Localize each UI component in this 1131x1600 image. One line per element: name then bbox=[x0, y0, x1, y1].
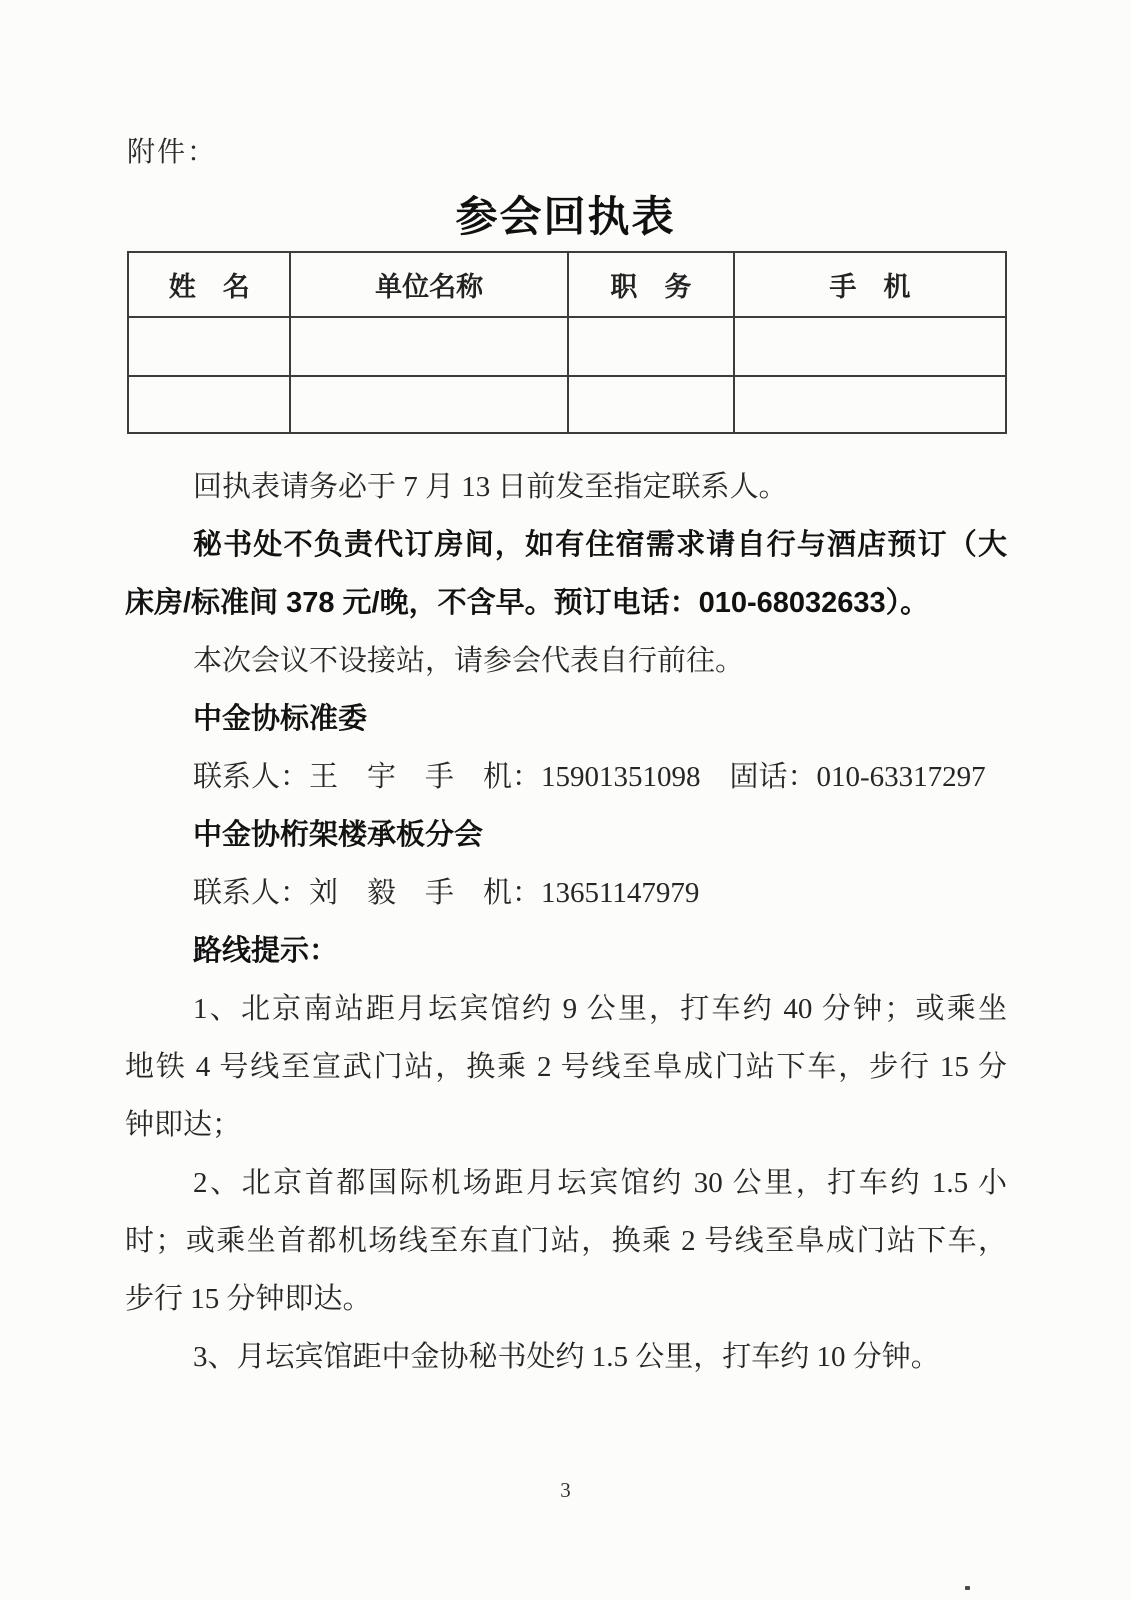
col-header-mobile: 手 机 bbox=[734, 252, 1006, 317]
scan-artifact-dot bbox=[965, 1586, 970, 1590]
route2-line-2: 时；或乘坐首都机场线至东直门站，换乘 2 号线至阜成门站下车， bbox=[125, 1212, 1007, 1270]
table-cell bbox=[290, 317, 567, 376]
table-cell bbox=[734, 376, 1006, 433]
route1-line-3: 钟即达； bbox=[125, 1096, 1007, 1154]
document-title: 参会回执表 bbox=[0, 184, 1131, 244]
document-page: 附件： 参会回执表 姓 名 单位名称 职 务 手 机 bbox=[0, 0, 1131, 1600]
org2-name: 中金协桁架楼承板分会 bbox=[125, 806, 1007, 864]
route-heading: 路线提示： bbox=[125, 922, 1007, 980]
table-cell bbox=[734, 317, 1006, 376]
table-cell bbox=[128, 376, 290, 433]
route2-line-1: 2、北京首都国际机场距月坛宾馆约 30 公里，打车约 1.5 小 bbox=[125, 1154, 1007, 1212]
col-header-position: 职 务 bbox=[568, 252, 734, 317]
shuttle-note: 本次会议不设接站，请参会代表自行前往。 bbox=[125, 632, 1007, 690]
reply-form-table: 姓 名 单位名称 职 务 手 机 bbox=[127, 251, 1007, 434]
table-cell bbox=[568, 317, 734, 376]
route1-line-1: 1、北京南站距月坛宾馆约 9 公里，打车约 40 分钟；或乘坐 bbox=[125, 980, 1007, 1038]
route1-line-2: 地铁 4 号线至宣武门站，换乘 2 号线至阜成门站下车，步行 15 分 bbox=[125, 1038, 1007, 1096]
col-header-organization: 单位名称 bbox=[290, 252, 567, 317]
org1-name: 中金协标准委 bbox=[125, 690, 1007, 748]
table-row bbox=[128, 376, 1006, 433]
org1-contact: 联系人：王 宇 手 机：15901351098 固话：010-63317297 bbox=[125, 748, 1007, 806]
table-cell bbox=[290, 376, 567, 433]
table-header-row: 姓 名 单位名称 职 务 手 机 bbox=[128, 252, 1006, 317]
attachment-label: 附件： bbox=[127, 130, 217, 170]
hotel-note-line-2: 床房/标准间 378 元/晚，不含早。预订电话：010-68032633）。 bbox=[125, 574, 1007, 632]
route2-line-3: 步行 15 分钟即达。 bbox=[125, 1270, 1007, 1328]
route3-line: 3、月坛宾馆距中金协秘书处约 1.5 公里，打车约 10 分钟。 bbox=[125, 1328, 1007, 1386]
document-body: 回执表请务必于 7 月 13 日前发至指定联系人。 秘书处不负责代订房间，如有住… bbox=[125, 458, 1007, 1386]
hotel-note-line-1: 秘书处不负责代订房间，如有住宿需求请自行与酒店预订（大 bbox=[125, 516, 1007, 574]
deadline-note: 回执表请务必于 7 月 13 日前发至指定联系人。 bbox=[125, 458, 1007, 516]
table-cell bbox=[568, 376, 734, 433]
table-row bbox=[128, 317, 1006, 376]
org2-contact: 联系人：刘 毅 手 机：13651147979 bbox=[125, 864, 1007, 922]
page-number: 3 bbox=[0, 1478, 1131, 1503]
col-header-name: 姓 名 bbox=[128, 252, 290, 317]
table-cell bbox=[128, 317, 290, 376]
